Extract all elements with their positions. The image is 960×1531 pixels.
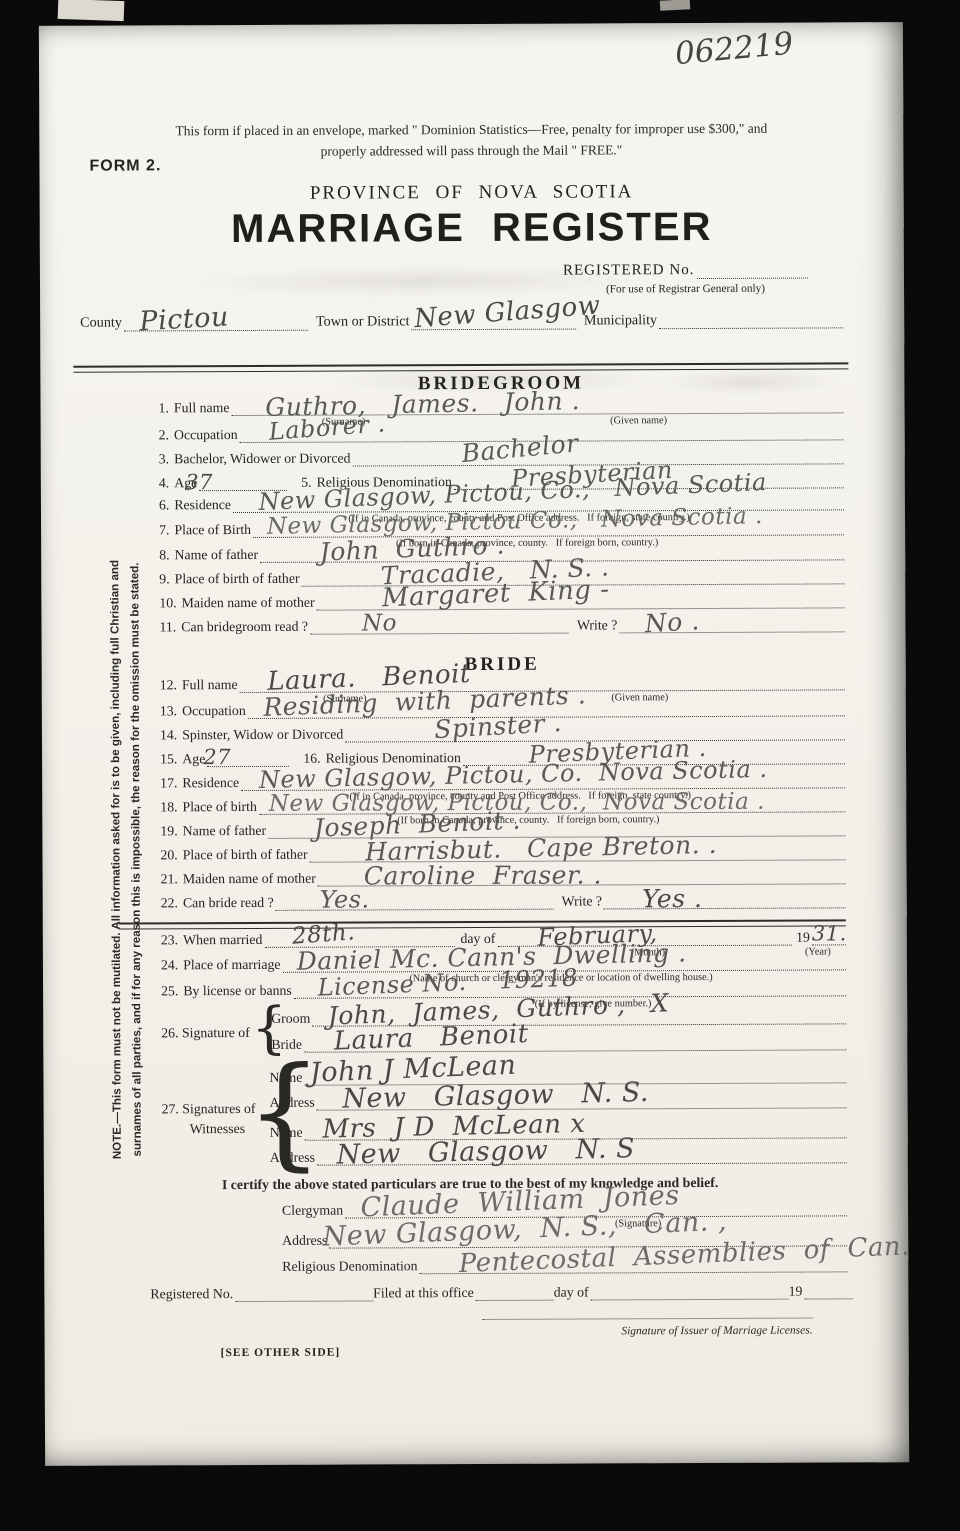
registered-no-label: Registered No. <box>150 1286 233 1302</box>
scanned-document: 062219 This form if placed in an envelop… <box>0 0 960 1531</box>
field-mother-maiden-name-groom: 10. Maiden name of mother Margaret King … <box>159 588 844 611</box>
field-label: Age <box>182 751 205 767</box>
year-caption: (Year) <box>805 946 831 957</box>
field-can-read-groom: 11. Can bridegroom read ? No Write ? No … <box>159 612 844 635</box>
field-label: Spinster, Widow or Divorced <box>182 727 343 744</box>
field-label: Name of father <box>174 547 258 563</box>
field-number: 24. <box>161 957 178 973</box>
field-label: Can bride read ? <box>183 895 274 911</box>
field-label: Place of birth of father <box>183 847 308 864</box>
field-label: Occupation <box>182 703 246 719</box>
groom-signature-line: John, James, Guthro , X <box>312 1003 846 1026</box>
handwritten-year: 31. <box>812 923 847 944</box>
handwritten-day: 28th. <box>291 921 356 949</box>
denomination-line: Pentecostal Assemblies of Can. <box>420 1251 848 1274</box>
religious-denomination-row: Religious Denomination Pentecostal Assem… <box>282 1252 847 1274</box>
dotted-line: Guthro, James. John . <box>231 392 843 416</box>
denomination-label: Religious Denomination <box>282 1258 417 1275</box>
handwritten-read: No <box>362 612 397 635</box>
dotted-line: Margaret King - <box>317 587 845 610</box>
year-prefix: 19 <box>796 930 810 946</box>
dotted-line: Caroline Fraser. . <box>318 863 846 886</box>
field-number: 1. <box>158 400 168 416</box>
county-line: Pictou <box>124 310 308 332</box>
handwritten-value: Caroline Fraser. . <box>364 862 602 888</box>
witnesses-label-2: Witnesses <box>190 1121 245 1137</box>
field-number: 13. <box>160 703 177 719</box>
issuer-signature-row <box>482 1299 812 1320</box>
witness-1-address-row: Address New Glasgow N. S. <box>270 1088 847 1111</box>
handwritten-age: 37 <box>185 472 213 493</box>
field-label: When married <box>183 932 262 948</box>
year-line <box>804 1278 852 1299</box>
field-label: Name of father <box>183 823 267 839</box>
handwritten-value: Harrisbut. Cape Breton. . <box>365 832 717 865</box>
write-line: Yes . <box>604 887 846 909</box>
field-number: 18. <box>160 799 177 815</box>
year-line: 31. <box>812 924 846 945</box>
handwritten-write: No . <box>644 608 700 636</box>
field-full-name-groom: 1. Full name Guthro, James. John . (Surn… <box>158 393 843 416</box>
handwritten-value: Laborer . <box>268 411 386 444</box>
field-label: Bachelor, Widower or Divorced <box>174 451 350 468</box>
given-name-caption: (Given name) <box>611 692 668 703</box>
given-name-caption: (Given name) <box>610 415 667 426</box>
field-label: Full name <box>182 677 238 693</box>
page-title: MARRIAGE REGISTER <box>40 204 904 253</box>
see-other-side-note: [SEE OTHER SIDE] <box>221 1347 341 1360</box>
registered-no-label: REGISTERED No. <box>563 262 695 280</box>
mail-free-note-text: This form if placed in an envelope, mark… <box>151 119 791 164</box>
field-number: 14. <box>160 727 177 743</box>
field-number: 23. <box>161 932 178 948</box>
field-number: 9. <box>159 571 169 587</box>
field-label: Occupation <box>174 427 238 443</box>
field-can-read-bride: 22. Can bride read ? Yes. Write ? Yes . <box>161 888 846 911</box>
field-number: 19. <box>160 823 177 839</box>
field-number: 27. <box>162 1101 179 1116</box>
field-number: 17. <box>160 775 177 791</box>
field-label: Can bridegroom read ? <box>181 619 308 636</box>
dotted-line: Harrisbut. Cape Breton. . <box>310 839 846 862</box>
read-line: Yes. <box>276 889 554 911</box>
location-row: County Pictou Town or District New Glasg… <box>80 308 843 331</box>
field-number: 3. <box>159 451 169 467</box>
field-label: Place of Birth <box>174 522 251 538</box>
field-number: 22. <box>161 895 178 911</box>
field-number: 26. <box>161 1025 178 1040</box>
filed-label: Filed at this office <box>373 1285 474 1301</box>
field-number: 15. <box>160 751 177 767</box>
field-label: Maiden name of mother <box>182 595 315 612</box>
field-marital-status-groom: 3. Bachelor, Widower or Divorced Bachelo… <box>159 444 844 467</box>
field-number: 11. <box>159 619 176 635</box>
form-number: FORM 2. <box>89 157 161 175</box>
field-number: 21. <box>161 871 178 887</box>
clergyman-label: Clergyman <box>282 1203 343 1219</box>
signature-of-label: 26. Signature of <box>161 1025 250 1041</box>
handwritten-age: 27 <box>203 747 231 768</box>
field-number: 25. <box>161 983 178 999</box>
witness-address-line: New Glasgow N. S <box>317 1142 847 1165</box>
witness-2-address: New Glasgow N. S <box>336 1135 635 1169</box>
field-label: Place of birth <box>182 799 256 815</box>
county-value: Pictou <box>138 303 229 335</box>
field-marital-status-bride: 14. Spinster, Widow or Divorced Spinster… <box>160 720 845 743</box>
groom-signature-row: Groom John, James, Guthro , X <box>271 1004 846 1027</box>
field-label: Maiden name of mother <box>183 871 316 888</box>
field-mother-maiden-name-bride: 21. Maiden name of mother Caroline Frase… <box>161 864 846 887</box>
dotted-line: New Glasgow, Pictou, Co. Nova Scotia . <box>241 767 845 791</box>
town-district-line: New Glasgow <box>411 309 575 331</box>
field-label: Residence <box>182 775 239 791</box>
issuer-signature-line <box>482 1298 812 1320</box>
handwritten-value: Margaret King - <box>382 576 611 611</box>
bride-signature-row: Bride Laura Benoit <box>271 1030 846 1053</box>
field-number: 20. <box>160 847 177 863</box>
address-label: Address <box>282 1233 327 1249</box>
read-line: No <box>310 613 569 635</box>
town-district-label: Town or District <box>316 313 410 330</box>
field-label: Place of marriage <box>183 957 280 973</box>
registered-no-line <box>696 258 808 279</box>
mail-free-note: This form if placed in an envelope, mark… <box>39 118 903 164</box>
witnesses-label: 27. Signatures of <box>162 1101 256 1117</box>
town-district-value: New Glasgow <box>414 292 602 332</box>
field-label: Full name <box>174 400 230 416</box>
bride-signature-line: Laura Benoit <box>304 1029 846 1052</box>
field-number: 8. <box>159 547 169 563</box>
scan-edge-artifact <box>660 0 690 11</box>
handwritten-value: Spinster . <box>434 710 563 742</box>
field-label: Signature of <box>182 1025 250 1040</box>
field-number: 12. <box>160 677 177 693</box>
margin-note: NOTE.—This form must not be mutilated. A… <box>105 543 148 1175</box>
county-label: County <box>80 315 122 332</box>
field-label: Residence <box>174 497 231 513</box>
registered-no-row: REGISTERED No. <box>563 259 808 280</box>
witness-2-address-row: Address New Glasgow N. S <box>270 1143 847 1166</box>
handwritten-write: Yes . <box>642 886 702 911</box>
marriage-register-form: 062219 This form if placed in an envelop… <box>39 22 909 1466</box>
write-label: Write ? <box>562 893 603 909</box>
issuer-signature-caption: Signature of Issuer of Marriage Licenses… <box>621 1325 812 1338</box>
witness-1-address: New Glasgow N. S. <box>342 1079 649 1113</box>
field-number: 2. <box>159 427 169 443</box>
field-number: 10. <box>159 595 176 611</box>
municipality-line <box>659 307 843 329</box>
field-number: 7. <box>159 522 169 538</box>
handwritten-serial-number: 062219 <box>674 26 795 73</box>
province-heading: PROVINCE OF NOVA SCOTIA <box>40 180 904 206</box>
dotted-line: New Glasgow, Pictou Co., Nova Scotia . <box>253 514 844 538</box>
field-label: Place of birth of father <box>175 571 300 588</box>
write-label: Write ? <box>577 617 618 633</box>
write-line: No . <box>619 611 844 633</box>
witness-address-line: New Glasgow N. S. <box>317 1087 847 1110</box>
registered-no-line <box>235 1280 373 1302</box>
field-number: 6. <box>159 497 169 513</box>
field-number: 4. <box>159 475 169 491</box>
age-line: 27 <box>207 746 289 767</box>
handwritten-read: Yes. <box>320 887 370 911</box>
scan-edge-artifact <box>58 0 125 21</box>
field-label: Signatures of <box>182 1101 255 1116</box>
